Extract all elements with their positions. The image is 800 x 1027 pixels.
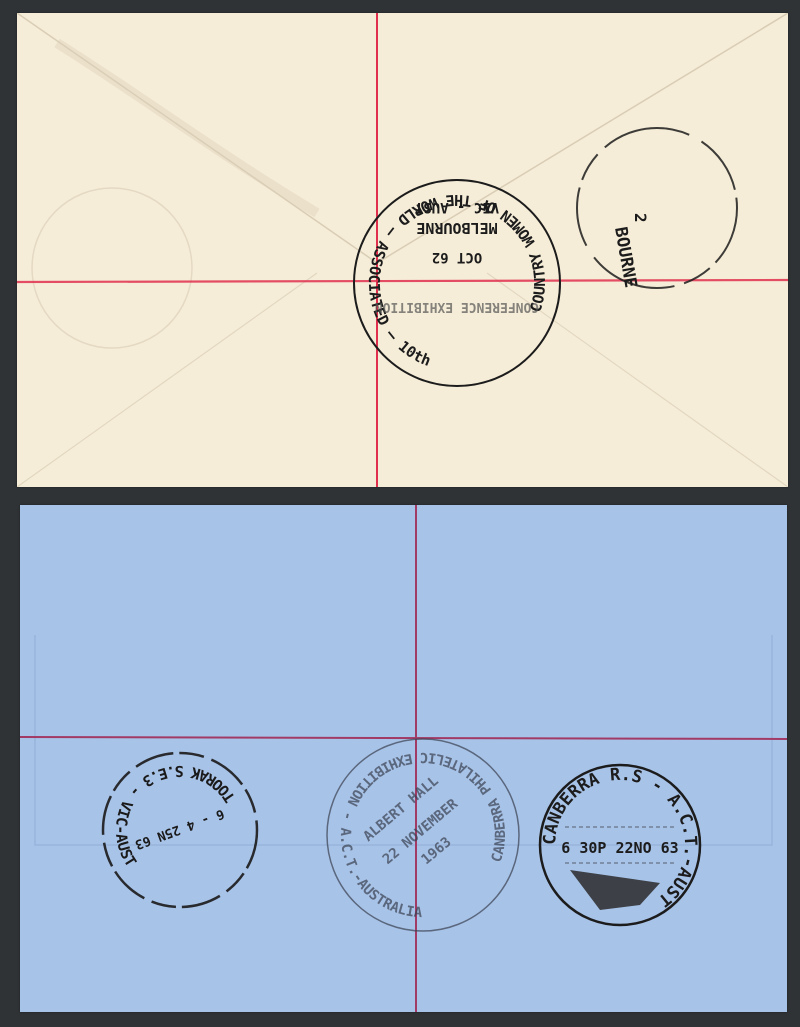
svg-text:6 30P 22NO 63: 6 30P 22NO 63 [561,839,678,857]
canberra-exhibition-postmark: CANBERRA PHILATELIC EXHIBITION - A.C.T.-… [313,725,534,946]
blue-cover: TOORAK S.E.3 - VIC-AUST 6 - 4 25N 63 CAN… [20,505,787,1012]
bourne-postmark: BOURNE 2 [577,128,737,289]
blue-cover-artwork: TOORAK S.E.3 - VIC-AUST 6 - 4 25N 63 CAN… [20,505,787,1012]
svg-text:TOORAK S.E.3 - VIC-AUST: TOORAK S.E.3 - VIC-AUST [87,737,243,870]
svg-text:VIC - AUST: VIC - AUST [415,199,499,215]
registration-line-horizontal [20,737,787,739]
svg-text:OCT 62: OCT 62 [432,249,483,265]
registration-line-horizontal [17,280,788,282]
svg-text:2: 2 [631,213,650,223]
toorak-postmark: TOORAK S.E.3 - VIC-AUST 6 - 4 25N 63 [87,737,257,907]
cream-cover-artwork: COUNTRY WOMEN OF THE WORLD — ASSOCIATED … [17,13,788,487]
svg-text:CONFERENCE EXHIBITION: CONFERENCE EXHIBITION [375,299,540,314]
cream-cover: COUNTRY WOMEN OF THE WORLD — ASSOCIATED … [17,13,788,487]
country-women-postmark: COUNTRY WOMEN OF THE WORLD — ASSOCIATED … [339,165,575,401]
svg-text:MELBOURNE: MELBOURNE [416,219,497,237]
canberra-rs-postmark: CANBERRA R.S - A.C.T.-AUST 6 30P 22NO 63 [540,765,700,925]
